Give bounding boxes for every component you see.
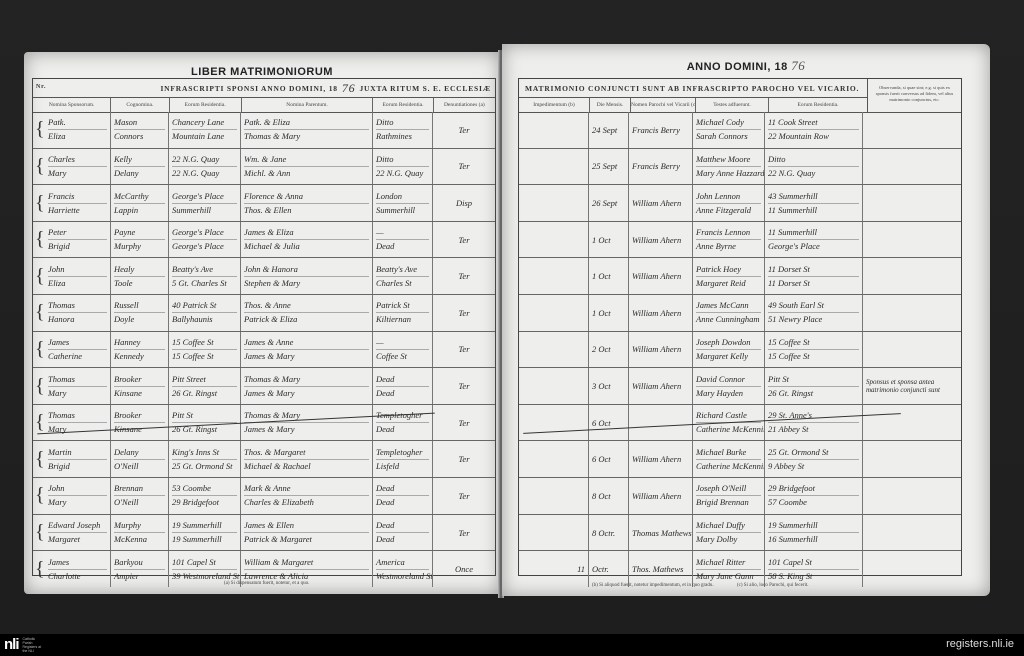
witnesses: Joseph O'NeillBrigid Brennan bbox=[693, 478, 765, 514]
cell-line: 15 Coffee St bbox=[172, 350, 237, 363]
parents-names: Wm. & JaneMichl. & Ann bbox=[241, 149, 373, 185]
cell-line: Rathmines bbox=[376, 130, 429, 143]
cell-line: Charlotte bbox=[48, 570, 107, 583]
right-page-title: ANNO DOMINI, 18 76 bbox=[502, 58, 990, 74]
cell-line: — bbox=[376, 336, 429, 350]
cell-line: 29 St. Anne's bbox=[768, 409, 859, 423]
priest-value: William Ahern bbox=[632, 344, 689, 354]
parents-names: Patk. & ElizaThomas & Mary bbox=[241, 112, 373, 148]
witnesses: Michael CodySarah Connors bbox=[693, 112, 765, 148]
right-footnote-c: (c) Si alio, loco Parochi, qui fecerit. bbox=[737, 583, 809, 588]
cell-line: Edward Joseph bbox=[48, 519, 107, 533]
cell-line: Thomas bbox=[48, 299, 107, 313]
impediment: 11 bbox=[519, 551, 589, 587]
cell-line: Dead bbox=[376, 240, 429, 253]
column-header: Testes adfuerunt. bbox=[696, 98, 769, 112]
cell-line: Templetogher bbox=[376, 409, 429, 423]
cell-line: James & Mary bbox=[244, 423, 369, 436]
impediment bbox=[519, 441, 589, 477]
impediment bbox=[519, 405, 589, 441]
residence: 40 Patrick StBallyhaunis bbox=[169, 295, 241, 331]
spouse-names: JohnMary bbox=[45, 478, 111, 514]
right-banner: MATRIMONIO CONJUNCTI SUNT AB INFRASCRIPT… bbox=[519, 79, 867, 98]
cell-line: Michl. & Ann bbox=[244, 167, 369, 180]
officiating-priest bbox=[629, 405, 693, 441]
cell-line: 22 N.G. Quay bbox=[172, 167, 237, 180]
cell-line: 25 Gt. Ormond St bbox=[172, 460, 237, 473]
parents-names: Florence & AnnaThos. & Ellen bbox=[241, 185, 373, 221]
column-header: Nomen Parochi vel Vicarii (c) bbox=[631, 98, 696, 112]
cell-line: Stephen & Mary bbox=[244, 277, 369, 290]
marriage-entry-row: 1 OctWilliam AhernJames McCannAnne Cunni… bbox=[519, 295, 961, 332]
cell-line: Mary bbox=[48, 167, 107, 180]
observations bbox=[863, 295, 961, 331]
spouse-names: FrancisHarriette bbox=[45, 185, 111, 221]
parents-residence: DeadDead bbox=[373, 515, 433, 551]
cell-line: Anne Byrne bbox=[696, 240, 761, 253]
cell-line: Wm. & Jane bbox=[244, 153, 369, 167]
marriage-ledger-right: MATRIMONIO CONJUNCTI SUNT AB INFRASCRIPT… bbox=[518, 78, 962, 576]
marriage-entry-row: 8 Octr.Thomas MathewsMichael DuffyMary D… bbox=[519, 515, 961, 552]
marriage-entry-row: {FrancisHarrietteMcCarthyLappinGeorge's … bbox=[33, 185, 495, 222]
date-value: 3 Oct bbox=[592, 381, 625, 391]
cell-line: Kinsane bbox=[114, 423, 165, 436]
marriage-entry-row: 26 SeptWilliam AhernJohn LennonAnne Fitz… bbox=[519, 185, 961, 222]
brace-mark: { bbox=[33, 368, 45, 404]
marriage-entry-row: 1 OctWilliam AhernPatrick HoeyMargaret R… bbox=[519, 258, 961, 295]
impediment bbox=[519, 112, 589, 148]
marriage-entry-row: 3 OctWilliam AhernDavid ConnorMary Hayde… bbox=[519, 368, 961, 405]
column-header: Eorum Residentia. bbox=[170, 98, 242, 112]
banns-value: Ter bbox=[458, 161, 469, 171]
banns: Ter bbox=[433, 149, 495, 185]
cell-line: Martin bbox=[48, 446, 107, 460]
column-header: Denuntiationes (a) bbox=[434, 98, 495, 112]
banns-value: Ter bbox=[458, 344, 469, 354]
witnesses: Matthew MooreMary Anne Hazzard bbox=[693, 149, 765, 185]
cell-line: 57 Coombe bbox=[768, 496, 859, 509]
cell-line: Thos. & Anne bbox=[244, 299, 369, 313]
left-footnote: (a) Si dispensatum fuerit, notetur, et a… bbox=[224, 581, 309, 586]
cell-line: 15 Coffee St bbox=[172, 336, 237, 350]
cell-line: James bbox=[48, 336, 107, 350]
cell-line: Hanney bbox=[114, 336, 165, 350]
document-viewer[interactable]: LIBER MATRIMONIORUM Nr. INFRASCRIPTI SPO… bbox=[0, 0, 1024, 634]
cell-line: Beatty's Ave bbox=[376, 263, 429, 277]
cell-line: Catherine bbox=[48, 350, 107, 363]
witnesses: Michael RitterMary Jane Gann bbox=[693, 551, 765, 587]
parents-residence: DeadDead bbox=[373, 478, 433, 514]
spouse-names: CharlesMary bbox=[45, 149, 111, 185]
cell-line: Patrick & Margaret bbox=[244, 533, 369, 546]
banns-value: Ter bbox=[458, 381, 469, 391]
banns-value: Disp bbox=[456, 198, 472, 208]
banns: Ter bbox=[433, 405, 495, 441]
cell-line: 26 Gt. Ringst bbox=[768, 387, 859, 400]
date-value: 6 Oct bbox=[592, 418, 625, 428]
cell-line: Joseph Dowdon bbox=[696, 336, 761, 350]
spouse-names: JamesCatherine bbox=[45, 332, 111, 368]
witness-residence: 11 Cook Street22 Mountain Row bbox=[765, 112, 863, 148]
impediment-value: 11 bbox=[577, 564, 585, 574]
cell-line: Dead bbox=[376, 482, 429, 496]
parents-residence: DeadDead bbox=[373, 368, 433, 404]
observations-value: Sponsus et sponsa antea matrimonio conju… bbox=[866, 378, 958, 394]
column-header: Die Mensis. bbox=[590, 98, 631, 112]
witness-residence: Pitt St26 Gt. Ringst bbox=[765, 368, 863, 404]
cell-line: Thomas & Mary bbox=[244, 409, 369, 423]
parents-residence: LondonSummerhill bbox=[373, 185, 433, 221]
cell-line: Brooker bbox=[114, 409, 165, 423]
date-value: 8 Oct bbox=[592, 491, 625, 501]
cell-line: Lisfeld bbox=[376, 460, 429, 473]
officiating-priest: William Ahern bbox=[629, 332, 693, 368]
observations bbox=[863, 441, 961, 477]
cell-line: Kelly bbox=[114, 153, 165, 167]
residence: Pitt St26 Gt. Ringst bbox=[169, 405, 241, 441]
cell-line: Doyle bbox=[114, 313, 165, 326]
cell-line: Brigid Brennan bbox=[696, 496, 761, 509]
cell-line: Mary Dolby bbox=[696, 533, 761, 546]
priest-value: Francis Berry bbox=[632, 161, 689, 171]
cell-line: 19 Summerhill bbox=[172, 519, 237, 533]
cell-line: Mary bbox=[48, 387, 107, 400]
brace-mark: { bbox=[33, 441, 45, 477]
observations bbox=[863, 478, 961, 514]
surnames: BrookerKinsane bbox=[111, 405, 169, 441]
surnames: HanneyKennedy bbox=[111, 332, 169, 368]
cell-line: Florence & Anna bbox=[244, 190, 369, 204]
cell-line: Ditto bbox=[768, 153, 859, 167]
surnames: BrennanO'Neill bbox=[111, 478, 169, 514]
parents-names: John & HanoraStephen & Mary bbox=[241, 258, 373, 294]
surnames: MurphyMcKenna bbox=[111, 515, 169, 551]
parents-names: Thos. & MargaretMichael & Rachael bbox=[241, 441, 373, 477]
nr-label: Nr. bbox=[36, 84, 46, 90]
marriage-entry-row: 2 OctWilliam AhernJoseph DowdonMargaret … bbox=[519, 332, 961, 369]
cell-line: Dead bbox=[376, 387, 429, 400]
impediment bbox=[519, 258, 589, 294]
observations bbox=[863, 405, 961, 441]
witness-residence: 25 Gt. Ormond St9 Abbey St bbox=[765, 441, 863, 477]
cell-line: Peter bbox=[48, 226, 107, 240]
cell-line: Margaret bbox=[48, 533, 107, 546]
banner-year: 76 bbox=[342, 81, 356, 96]
banns: Ter bbox=[433, 478, 495, 514]
cell-line: Mary bbox=[48, 423, 107, 436]
nli-logo[interactable]: nli Catholic Parish Registers at the NLI bbox=[4, 637, 45, 653]
surnames: BrookerKinsane bbox=[111, 368, 169, 404]
priest-value: Francis Berry bbox=[632, 125, 689, 135]
officiating-priest: William Ahern bbox=[629, 295, 693, 331]
spouse-names: PeterBrigid bbox=[45, 222, 111, 258]
right-title-text: ANNO DOMINI, 18 bbox=[687, 61, 788, 73]
cell-line: Mountain Lane bbox=[172, 130, 237, 143]
residence: 15 Coffee St15 Coffee St bbox=[169, 332, 241, 368]
cell-line: Mary bbox=[48, 496, 107, 509]
banns-value: Ter bbox=[458, 454, 469, 464]
cell-line: 40 Patrick St bbox=[172, 299, 237, 313]
cell-line: Kiltiernan bbox=[376, 313, 429, 326]
parents-residence: TempletogherDead bbox=[373, 405, 433, 441]
officiating-priest: William Ahern bbox=[629, 185, 693, 221]
cell-line: 101 Capel St bbox=[768, 556, 859, 570]
cell-line: Mason bbox=[114, 116, 165, 130]
marriage-date: 1 Oct bbox=[589, 258, 629, 294]
marriage-date: 24 Sept bbox=[589, 112, 629, 148]
cell-line: John bbox=[48, 482, 107, 496]
cell-line: Brennan bbox=[114, 482, 165, 496]
banns: Disp bbox=[433, 185, 495, 221]
cell-line: Healy bbox=[114, 263, 165, 277]
marriage-entry-row: {Edward JosephMargaretMurphyMcKenna19 Su… bbox=[33, 515, 495, 552]
residence: 19 Summerhill19 Summerhill bbox=[169, 515, 241, 551]
banns: Ter bbox=[433, 222, 495, 258]
priest-value: William Ahern bbox=[632, 271, 689, 281]
marriage-entry-row: {Patk.ElizaMasonConnorsChancery LaneMoun… bbox=[33, 112, 495, 149]
banns-value: Ter bbox=[458, 528, 469, 538]
date-value: 25 Sept bbox=[592, 161, 625, 171]
cell-line: Lappin bbox=[114, 204, 165, 217]
marriage-entry-row: 11Octr.Thos. MathewsMichael RitterMary J… bbox=[519, 551, 961, 587]
nli-logo-mark: nli bbox=[4, 637, 19, 653]
witnesses: Joseph DowdonMargaret Kelly bbox=[693, 332, 765, 368]
cell-line: King's Inns St bbox=[172, 446, 237, 460]
left-rows: {Patk.ElizaMasonConnorsChancery LaneMoun… bbox=[33, 112, 495, 575]
cell-line: Murphy bbox=[114, 519, 165, 533]
cell-line: John Lennon bbox=[696, 190, 761, 204]
date-value: 1 Oct bbox=[592, 308, 625, 318]
date-value: 8 Octr. bbox=[592, 528, 625, 538]
witness-residence: 11 SummerhillGeorge's Place bbox=[765, 222, 863, 258]
banns: Ter bbox=[433, 441, 495, 477]
cell-line: Michael & Julia bbox=[244, 240, 369, 253]
cell-line: Michael Duffy bbox=[696, 519, 761, 533]
surnames: MasonConnors bbox=[111, 112, 169, 148]
right-rows: 24 SeptFrancis BerryMichael CodySarah Co… bbox=[519, 112, 961, 575]
marriage-entry-row: {ThomasMaryBrookerKinsanePitt Street26 G… bbox=[33, 368, 495, 405]
cell-line: Ditto bbox=[376, 116, 429, 130]
observations bbox=[863, 112, 961, 148]
cell-line: 16 Summerhill bbox=[768, 533, 859, 546]
date-value: Octr. bbox=[592, 564, 625, 574]
date-value: 6 Oct bbox=[592, 454, 625, 464]
cell-line: James & Ellen bbox=[244, 519, 369, 533]
brace-mark: { bbox=[33, 515, 45, 551]
marriage-entry-row: {ThomasHanoraRussellDoyle40 Patrick StBa… bbox=[33, 295, 495, 332]
branding-bar: nli Catholic Parish Registers at the NLI… bbox=[0, 634, 1024, 656]
banns-value: Ter bbox=[458, 418, 469, 428]
cell-line: 22 N.G. Quay bbox=[768, 167, 859, 180]
parents-residence: —Coffee St bbox=[373, 332, 433, 368]
witnesses: James McCannAnne Cunningham bbox=[693, 295, 765, 331]
marriage-entry-row: 24 SeptFrancis BerryMichael CodySarah Co… bbox=[519, 112, 961, 149]
cell-line: Brooker bbox=[114, 373, 165, 387]
cell-line: Matthew Moore bbox=[696, 153, 761, 167]
marriage-date: 8 Octr. bbox=[589, 515, 629, 551]
officiating-priest: Francis Berry bbox=[629, 149, 693, 185]
cell-line: Dead bbox=[376, 519, 429, 533]
residence: George's PlaceSummerhill bbox=[169, 185, 241, 221]
witnesses: David ConnorMary Hayden bbox=[693, 368, 765, 404]
date-value: 24 Sept bbox=[592, 125, 625, 135]
witness-residence: 101 Capel St58 S. King St bbox=[765, 551, 863, 587]
observations bbox=[863, 185, 961, 221]
cell-line: Pitt St bbox=[172, 409, 237, 423]
observations bbox=[863, 258, 961, 294]
left-page: LIBER MATRIMONIORUM Nr. INFRASCRIPTI SPO… bbox=[24, 52, 500, 594]
brace-mark: { bbox=[33, 149, 45, 185]
brace-mark: { bbox=[33, 185, 45, 221]
witness-residence: 11 Dorset St11 Dorset St bbox=[765, 258, 863, 294]
surnames: DelanyO'Neill bbox=[111, 441, 169, 477]
brace-mark: { bbox=[33, 258, 45, 294]
cell-line: 21 Abbey St bbox=[768, 423, 859, 436]
cell-line: Kinsane bbox=[114, 387, 165, 400]
cell-line: Margaret Reid bbox=[696, 277, 761, 290]
impediment bbox=[519, 222, 589, 258]
cell-line: Ampier bbox=[114, 570, 165, 583]
column-header: Cognomina. bbox=[111, 98, 169, 112]
parents-names: James & ElizaMichael & Julia bbox=[241, 222, 373, 258]
cell-line: Francis Lennon bbox=[696, 226, 761, 240]
cell-line: Charles & Elizabeth bbox=[244, 496, 369, 509]
marriage-date: 8 Oct bbox=[589, 478, 629, 514]
left-banner: Nr. INFRASCRIPTI SPONSI ANNO DOMINI, 18 … bbox=[33, 79, 495, 98]
brace-mark: { bbox=[33, 551, 45, 587]
cell-line: Pitt Street bbox=[172, 373, 237, 387]
banns-value: Ter bbox=[458, 235, 469, 245]
banns-value: Ter bbox=[458, 125, 469, 135]
cell-line: Patrick & Eliza bbox=[244, 313, 369, 326]
site-link[interactable]: registers.nli.ie bbox=[946, 638, 1014, 650]
officiating-priest: William Ahern bbox=[629, 222, 693, 258]
cell-line: George's Place bbox=[768, 240, 859, 253]
residence: 22 N.G. Quay22 N.G. Quay bbox=[169, 149, 241, 185]
cell-line: 101 Capel St bbox=[172, 556, 237, 570]
marriage-date: 2 Oct bbox=[589, 332, 629, 368]
cell-line: London bbox=[376, 190, 429, 204]
residence: Pitt Street26 Gt. Ringst bbox=[169, 368, 241, 404]
cell-line: Russell bbox=[114, 299, 165, 313]
parents-residence: TempletogherLisfeld bbox=[373, 441, 433, 477]
cell-line: Thomas & Mary bbox=[244, 130, 369, 143]
priest-value: William Ahern bbox=[632, 198, 689, 208]
priest-value: Thos. Mathews bbox=[632, 564, 689, 574]
cell-line: Charles St bbox=[376, 277, 429, 290]
cell-line: John & Hanora bbox=[244, 263, 369, 277]
witnesses: Michael DuffyMary Dolby bbox=[693, 515, 765, 551]
cell-line: 22 N.G. Quay bbox=[172, 153, 237, 167]
surnames: KellyDelany bbox=[111, 149, 169, 185]
cell-line: Dead bbox=[376, 533, 429, 546]
witness-residence: 43 Summerhill11 Summerhill bbox=[765, 185, 863, 221]
spouse-names: ThomasMary bbox=[45, 368, 111, 404]
surnames: BarkyouAmpier bbox=[111, 551, 169, 587]
cell-line: 29 Bridgefoot bbox=[172, 496, 237, 509]
witness-residence: 49 South Earl St51 Newry Place bbox=[765, 295, 863, 331]
cell-line: David Connor bbox=[696, 373, 761, 387]
cell-line: 51 Newry Place bbox=[768, 313, 859, 326]
witnesses: Patrick HoeyMargaret Reid bbox=[693, 258, 765, 294]
cell-line: James McCann bbox=[696, 299, 761, 313]
cell-line: George's Place bbox=[172, 190, 237, 204]
banns: Ter bbox=[433, 332, 495, 368]
date-value: 1 Oct bbox=[592, 235, 625, 245]
spouse-names: JamesCharlotte bbox=[45, 551, 111, 587]
impediment bbox=[519, 185, 589, 221]
marriage-entry-row: {CharlesMaryKellyDelany22 N.G. Quay22 N.… bbox=[33, 149, 495, 186]
marriage-ledger-left: Nr. INFRASCRIPTI SPONSI ANNO DOMINI, 18 … bbox=[32, 78, 496, 576]
banns: Once bbox=[433, 551, 495, 587]
cell-line: Joseph O'Neill bbox=[696, 482, 761, 496]
cell-line: Patk. bbox=[48, 116, 107, 130]
date-value: 26 Sept bbox=[592, 198, 625, 208]
cell-line: Kennedy bbox=[114, 350, 165, 363]
witnesses: Francis LennonAnne Byrne bbox=[693, 222, 765, 258]
cell-line: O'Neill bbox=[114, 496, 165, 509]
parents-residence: Patrick StKiltiernan bbox=[373, 295, 433, 331]
marriage-entry-row: 6 OctRichard CastleCatherine McKenning29… bbox=[519, 405, 961, 442]
brace-mark: { bbox=[33, 478, 45, 514]
cell-line: 26 Gt. Ringst bbox=[172, 387, 237, 400]
cell-line: America bbox=[376, 556, 429, 570]
observations: Sponsus et sponsa antea matrimonio conju… bbox=[863, 368, 961, 404]
spouse-names: JohnEliza bbox=[45, 258, 111, 294]
cell-line: O'Neill bbox=[114, 460, 165, 473]
brace-mark: { bbox=[33, 405, 45, 441]
marriage-entry-row: {PeterBrigidPayneMurphyGeorge's PlaceGeo… bbox=[33, 222, 495, 259]
banns-value: Ter bbox=[458, 271, 469, 281]
cell-line: George's Place bbox=[172, 226, 237, 240]
impediment bbox=[519, 295, 589, 331]
marriage-date: Octr. bbox=[589, 551, 629, 587]
cell-line: Anne Fitzgerald bbox=[696, 204, 761, 217]
cell-line: Thomas bbox=[48, 373, 107, 387]
cell-line: James & Anne bbox=[244, 336, 369, 350]
column-header: Eorum Residentia. bbox=[769, 98, 867, 112]
cell-line: Catherine McKenning bbox=[696, 423, 761, 436]
cell-line: Dead bbox=[376, 496, 429, 509]
register-book: LIBER MATRIMONIORUM Nr. INFRASCRIPTI SPO… bbox=[24, 44, 992, 600]
cell-line: 11 Dorset St bbox=[768, 263, 859, 277]
cell-line: Harriette bbox=[48, 204, 107, 217]
banns-value: Ter bbox=[458, 491, 469, 501]
cell-line: Summerhill bbox=[172, 204, 237, 217]
parents-names: Thos. & AnnePatrick & Eliza bbox=[241, 295, 373, 331]
parents-residence: Beatty's AveCharles St bbox=[373, 258, 433, 294]
cell-line: William & Margaret bbox=[244, 556, 369, 570]
surnames: HealyToole bbox=[111, 258, 169, 294]
cell-line: John bbox=[48, 263, 107, 277]
cell-line: Beatty's Ave bbox=[172, 263, 237, 277]
witness-residence: 29 Bridgefoot57 Coombe bbox=[765, 478, 863, 514]
right-header-main: MATRIMONIO CONJUNCTI SUNT AB INFRASCRIPT… bbox=[519, 79, 868, 112]
cell-line: Toole bbox=[114, 277, 165, 290]
marriage-date: 6 Oct bbox=[589, 441, 629, 477]
residence: 53 Coombe29 Bridgefoot bbox=[169, 478, 241, 514]
banner-prefix: INFRASCRIPTI SPONSI ANNO DOMINI, 18 bbox=[160, 84, 337, 93]
parents-names: Thomas & MaryJames & Mary bbox=[241, 368, 373, 404]
officiating-priest: William Ahern bbox=[629, 368, 693, 404]
marriage-entry-row: {ThomasMaryBrookerKinsanePitt St26 Gt. R… bbox=[33, 405, 495, 442]
parents-residence: —Dead bbox=[373, 222, 433, 258]
cell-line: Connors bbox=[114, 130, 165, 143]
cell-line: Thos. & Ellen bbox=[244, 204, 369, 217]
cell-line: Patrick Hoey bbox=[696, 263, 761, 277]
cell-line: Coffee St bbox=[376, 350, 429, 363]
cell-line: 22 Mountain Row bbox=[768, 130, 859, 143]
